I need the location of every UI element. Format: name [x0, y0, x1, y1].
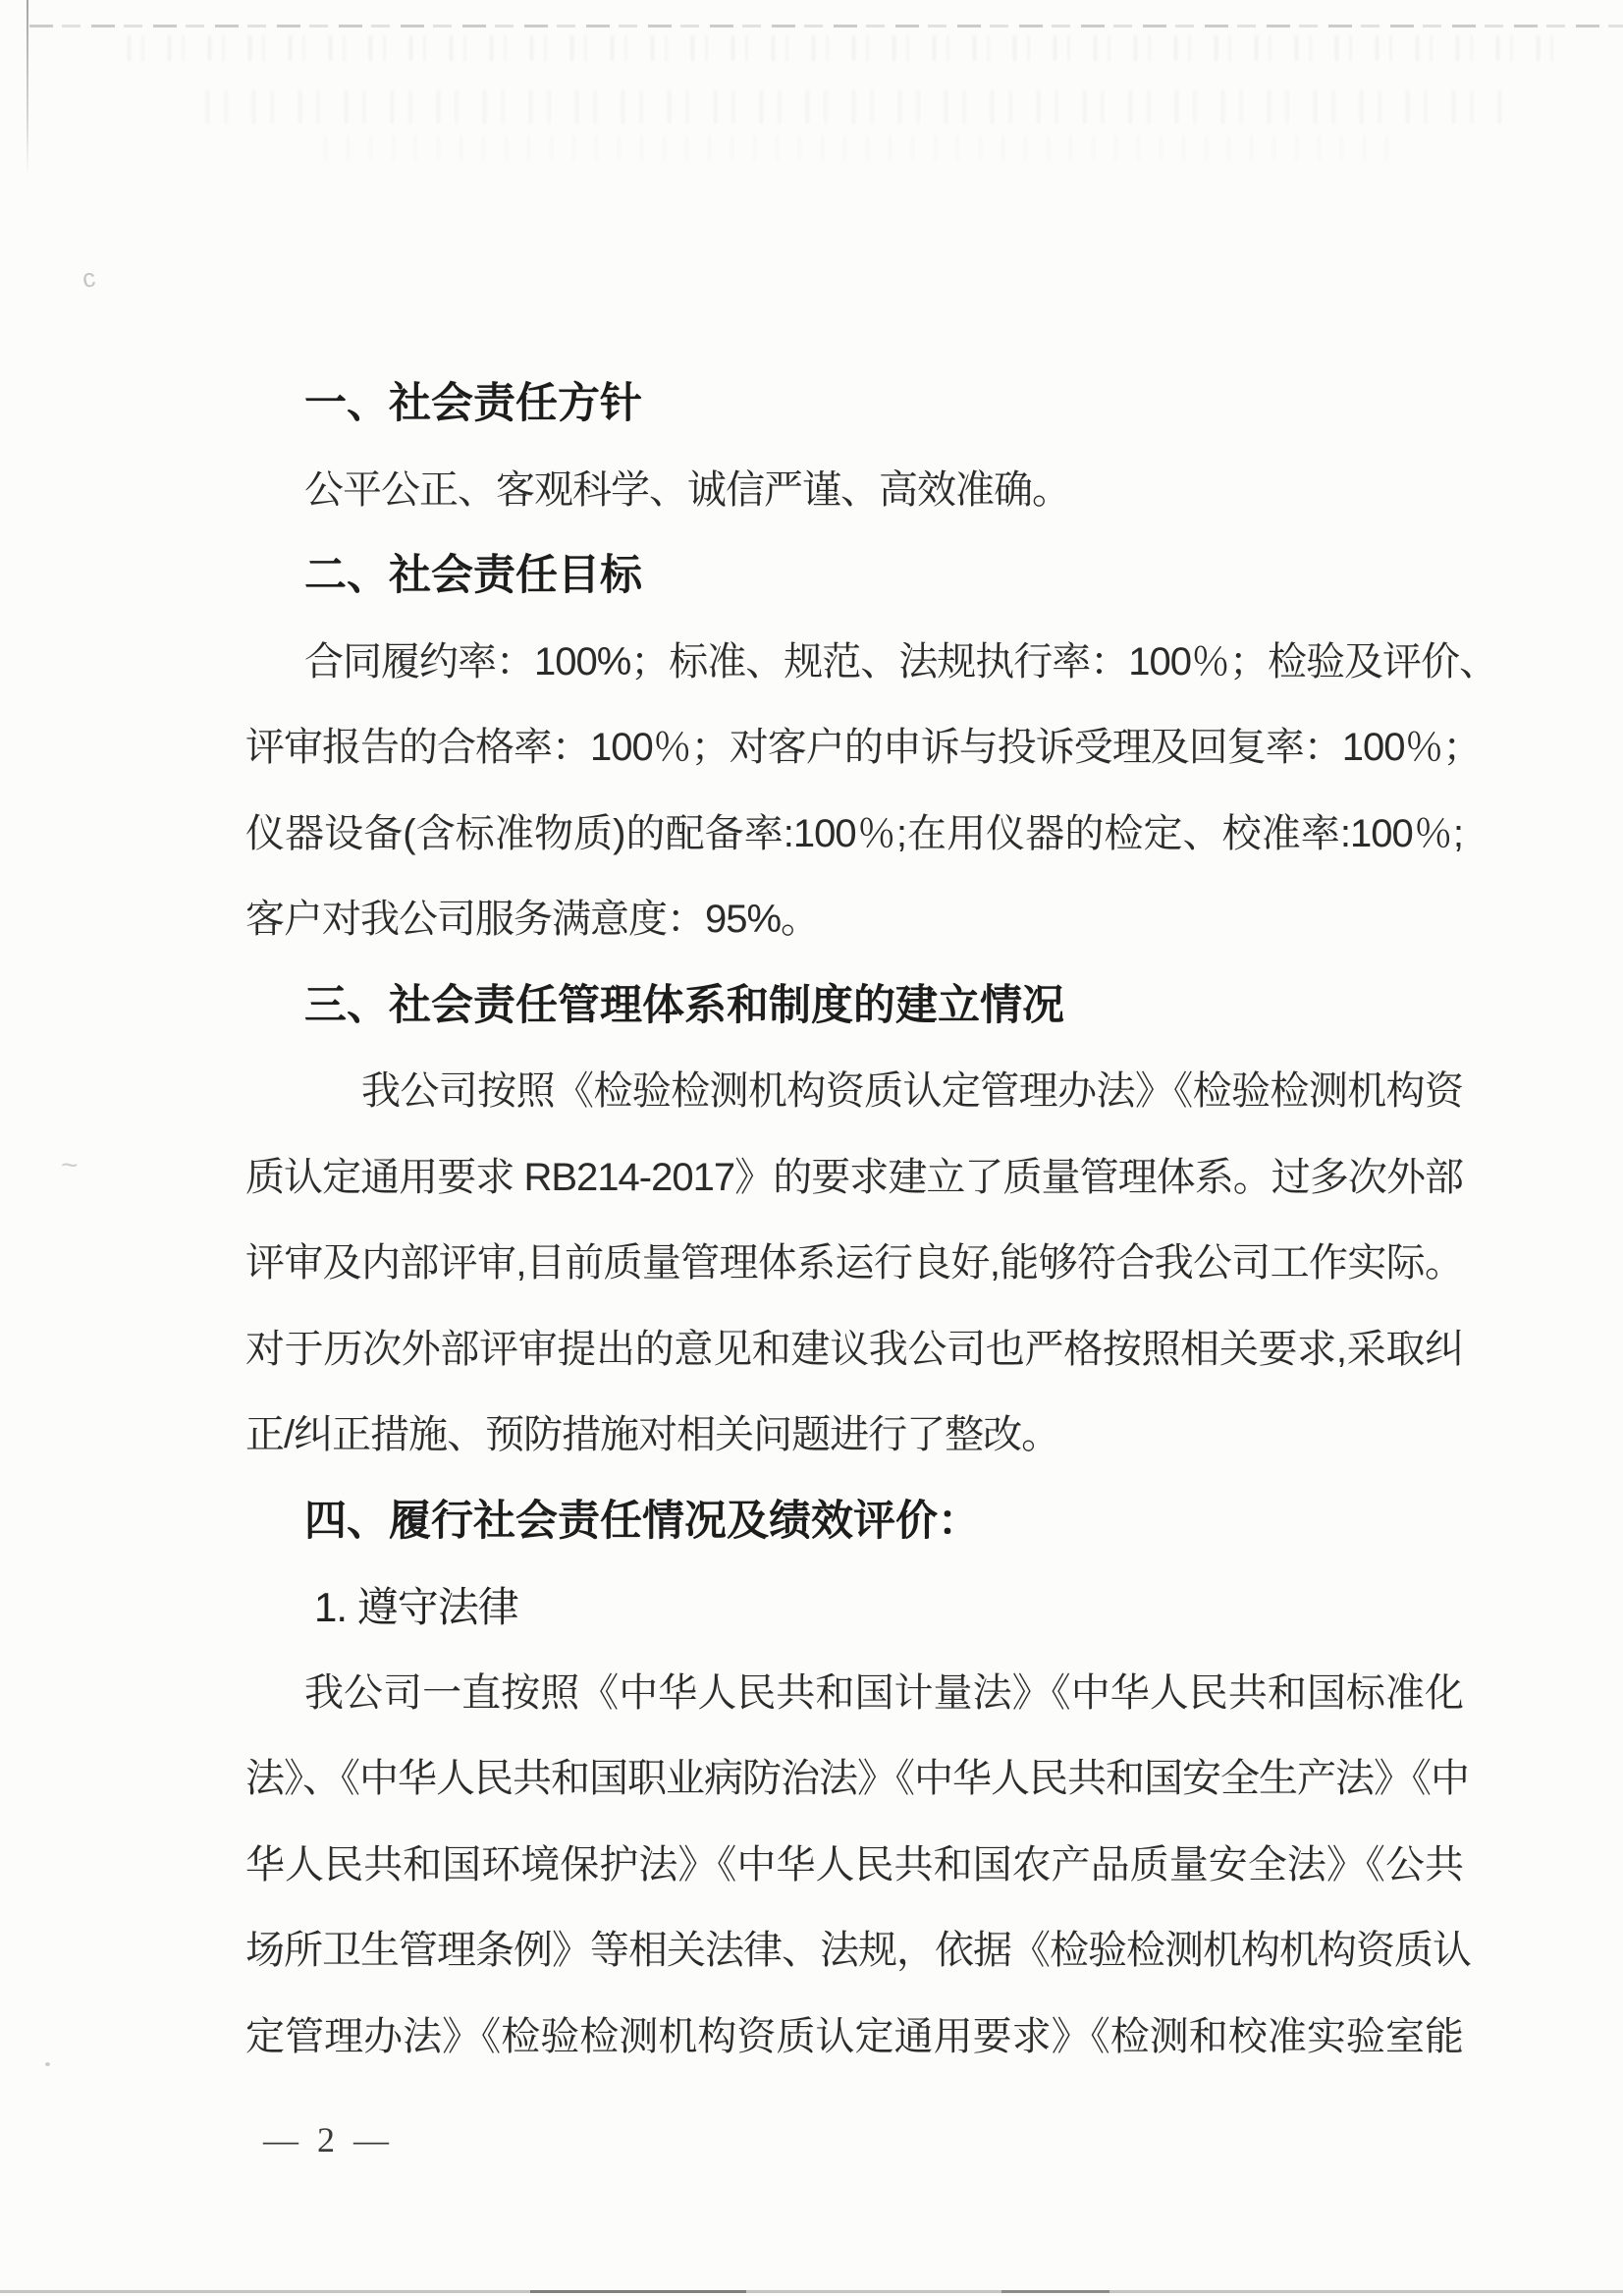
heading-section-3-management-system: 三、社会责任管理体系和制度的建立情况: [245, 963, 1463, 1050]
paragraph-law-line-5: 定管理办法》《检验检测机构资质认定通用要求》《检测和校准实验室能: [245, 1995, 1463, 2081]
paragraph-system-line-5: 正/纠正措施、预防措施对相关问题进行了整改。: [245, 1393, 1463, 1479]
heading-section-2-goals: 二、社会责任目标: [245, 533, 1463, 620]
scan-artifact-bleedthrough-row-3: [324, 136, 1397, 161]
scan-artifact-left-edge-line: [27, 0, 28, 175]
paragraph-goals-line-1: 合同履约率：100%；标准、规范、法规执行率：100％；检验及评价、: [245, 620, 1463, 706]
paragraph-law-line-2: 法》、《中华人民共和国职业病防治法》《中华人民共和国安全生产法》《中: [245, 1736, 1463, 1823]
paragraph-goals-line-3: 仪器设备(含标准物质)的配备率:100％;在用仪器的检定、校准率:100％;: [245, 792, 1463, 878]
scan-artifact-bleedthrough-row-1: [128, 35, 1554, 61]
paragraph-system-line-2: 质认定通用要求 RB214-2017》的要求建立了质量管理体系。过多次外部: [245, 1135, 1463, 1222]
paragraph-system-line-3: 评审及内部评审,目前质量管理体系运行良好,能够符合我公司工作实际。: [245, 1221, 1463, 1307]
heading-section-1-policy: 一、社会责任方针: [245, 361, 1463, 448]
document-content: 一、社会责任方针 公平公正、客观科学、诚信严谨、高效准确。 二、社会责任目标 合…: [245, 361, 1463, 2080]
scan-artifact-bottom-edge-line: [0, 2290, 1623, 2293]
scan-artifact-bleedthrough-row-2: [206, 90, 1515, 124]
paragraph-system-line-1: 我公司按照《检验检测机构资质认定管理办法》《检验检测机构资: [245, 1049, 1463, 1135]
scan-artifact-margin-smudge-2: ~: [61, 1149, 79, 1182]
scan-artifact-top-dashed-line: [29, 25, 1623, 27]
paragraph-policy-line: 公平公正、客观科学、诚信严谨、高效准确。: [245, 448, 1463, 534]
scanned-document-page: c ~ 一、社会责任方针 公平公正、客观科学、诚信严谨、高效准确。 二、社会责任…: [0, 0, 1623, 2296]
paragraph-law-line-3: 华人民共和国环境保护法》《中华人民共和国农产品质量安全法》《公共: [245, 1823, 1463, 1909]
paragraph-system-line-4: 对于历次外部评审提出的意见和建议我公司也严格按照相关要求,采取纠: [245, 1307, 1463, 1394]
scan-artifact-margin-smudge-1: c: [81, 262, 97, 295]
paragraph-goals-line-2: 评审报告的合格率：100％；对客户的申诉与投诉受理及回复率：100％；: [245, 705, 1463, 792]
paragraph-law-line-4: 场所卫生管理条例》等相关法律、法规，依据《检验检测机构机构资质认: [245, 1908, 1463, 1995]
scan-artifact-margin-speck: [45, 2062, 50, 2066]
paragraph-law-line-1: 我公司一直按照《中华人民共和国计量法》《中华人民共和国标准化: [245, 1651, 1463, 1737]
heading-section-4-performance: 四、履行社会责任情况及绩效评价：: [245, 1479, 1463, 1565]
paragraph-goals-line-4: 客户对我公司服务满意度：95%。: [245, 877, 1463, 963]
subheading-1-law-compliance: 1. 遵守法律: [245, 1564, 1463, 1651]
page-number: — 2 —: [263, 2119, 394, 2160]
